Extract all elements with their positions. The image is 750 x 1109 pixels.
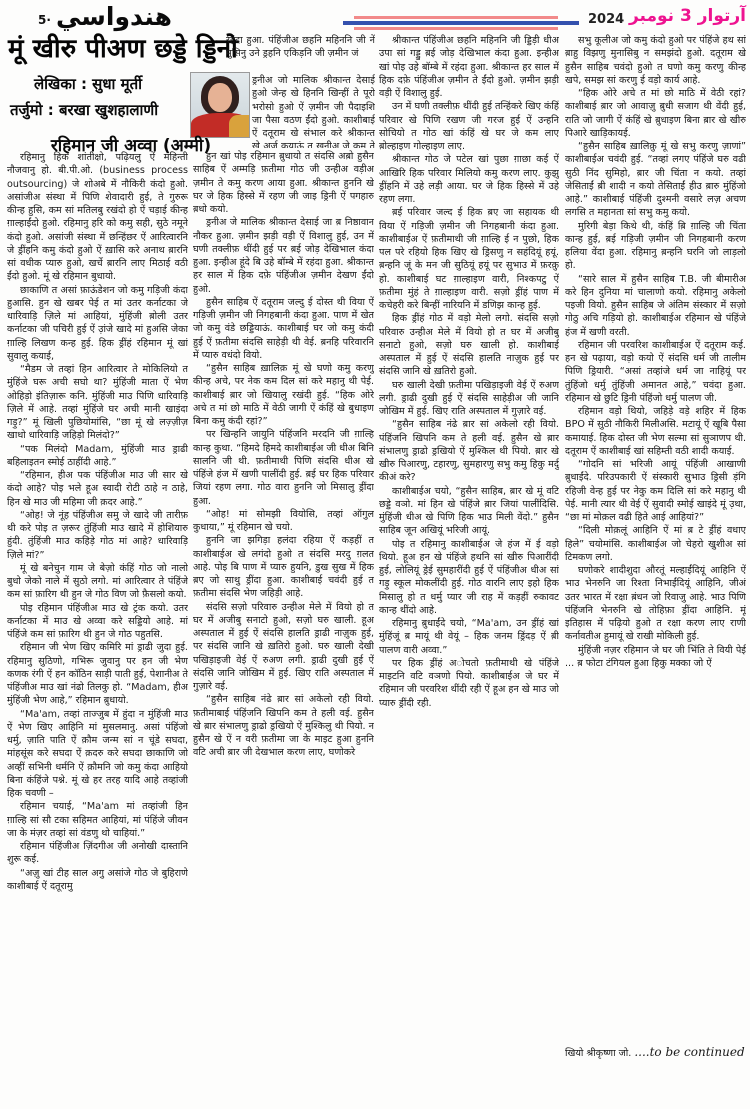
paragraph: श्रीकान्त पंहिंजीअ छहनि महिननि जी ड्डिड़… (379, 34, 559, 100)
paragraph: रहिमान जी भेण खिए कमिरि मां ड्राढी जुदा … (7, 641, 188, 707)
paragraph: मूं खे बनेचुन गाम जे बेज़ो कंहिं गोठ जो … (7, 562, 188, 602)
paragraph: रहिमान पंहिंजीअ ज़िंदगीअ जी अनोखी दास्ता… (7, 840, 188, 867)
column2-top-fragment-b: ड्रनीअ जो मालिक श्रीकान्त देसाई हुओ जेन्… (252, 74, 375, 148)
paragraph: “हिक ओरे अचे त मां छो माठि में वेठी रहां… (565, 87, 746, 140)
paragraph: रहिमानु ब़ुधाईंदे चयो, “Ma'am, उन ड्रींह… (379, 617, 559, 657)
page-number: 5· (38, 13, 51, 27)
paragraph: हुननि जा झगिड़ा हलंदा रहिया ऐं कड़हीं त … (193, 534, 374, 600)
paragraph: “गोदनि सां भरिजी आयूं पंहिंजी आखाणी ब़ुध… (565, 458, 746, 524)
paragraph: पर हिक ड्रींहं अोचतो फ़तीमाथी खे पंहिंजे… (379, 657, 559, 710)
paragraph: हिक ड्रींहं गोठ में वड़ो मेलो लगो. संदसि… (379, 312, 559, 378)
masthead-date-arabic: آرتوار 3 نومبر (629, 6, 746, 26)
column2-top-fragment-a: रहंदा हुआ. पंहिंजीअ छहनि महिननि जी नें म… (226, 34, 375, 74)
paragraph: “पक मिलंदो Madam, मुंहिंजी माउ ड्राढी बह… (7, 443, 188, 470)
paragraph: “हुसैन साहिब नंढे ब़ार सां अकेलो रही विय… (193, 693, 374, 759)
paragraph: ब़ई परिवार जल्द ई हिक ब़ए जा सहायक थी वि… (379, 206, 559, 312)
paper-name-arabic: هندواسي (56, 2, 172, 31)
masthead-rule-blue (343, 21, 579, 25)
paragraph: श्रीकान्त गोठ जे पटेल खां पुछा ग़ाछा कई … (379, 153, 559, 206)
masthead-rule-red-bottom (354, 27, 558, 30)
paragraph: घणोकरे शादीशुदा औरतूं मल्हाईंदियूं आहिनि… (565, 564, 746, 644)
paragraph: “रहिमान, हीअ पक पंहिंजीअ माउ जी सार खे क… (7, 469, 188, 509)
paragraph: पोइ त रहिमानु काशीबाईअ जे हंज में ई वड़ो… (379, 538, 559, 618)
paragraph: छाकाणि त असां फ़ाऊंडेशन जो कमु गड़िजी कं… (7, 284, 188, 364)
paragraph: “हुसैन साहिब नंढे ब़ार सां अकेलो रही विय… (379, 418, 559, 484)
body-column-4: सभु कूलीअ जो कमु कंदो हुओ पर पंहिंजे हथ … (565, 34, 746, 1046)
paragraph: “हुसैन साहिब ख़ालिक़ु मूं खे सभु करणु ज़… (565, 140, 746, 220)
paragraph: रहिमान वड़ो थियो, जहिड़े वड़े शहिर में ह… (565, 405, 746, 458)
paragraph: “अज़ु खां टीह साल अगु असांजे गोठ जे बुहि… (7, 867, 188, 894)
paragraph: “हुसैन साहिब ख़ालिक़ मूं खे घणो कमु करणु… (193, 362, 374, 428)
paragraph: “दिली मोक़लूं आहिनि ऐं मां ब़ टे ड्रींहं… (565, 524, 746, 564)
paragraph: रहिमान जी परवरिश काशीबाईअ ऐं दतूराम कई. … (565, 339, 746, 405)
body-column-2: हुन खां पोइ रहिमान ब़ुधायो त संदसि अब़ो … (193, 150, 374, 1066)
paragraph: “Ma'am, तव्हां ताज्जुब में हुंदा न मुंहि… (7, 708, 188, 801)
article-title-block: मूं खीरु पीअण छड्डे ड्डिनो लेखिका : सुधा… (6, 32, 256, 150)
translator-line: तर्जुमो : बरखा खुशहालाणी (10, 100, 158, 120)
paragraph: मुंहिंजी नज़र रहिमान जे घर जी भिंति ते व… (565, 644, 746, 671)
paragraph: ड्रनीअ जे मालिक श्रीकान्त देसाई जा ब़ नि… (193, 216, 374, 296)
masthead-year: 2024 (588, 12, 624, 27)
author-line: लेखिका : सुधा मूर्ती (34, 74, 142, 94)
paragraph: हुसैन साहिब ऐं दतूराम जल्दु ई दोस्त थी व… (193, 296, 374, 362)
body-column-1: रहिमानु हिक शांतीक्षो, पढ़ियलु ऐं महिन्त… (7, 151, 188, 1066)
paragraph: मुरिगी बेड़ा किथे थी, कंहिं ब़ि ग़ाल्हि … (565, 220, 746, 273)
paragraph: उन में घणी तक्लीफ़ थींदी हुई तन्हिंकरे ख… (379, 100, 559, 153)
paragraph: रहिमान चयाई, “Ma'am मां तव्हांजी हिन ग़ा… (7, 800, 188, 840)
continued-line: खियो श्रीकृष्णा जो. ....to be continued (565, 1046, 746, 1061)
paragraph: “ओह! जे नूंह पंहिंजीअ समु जे खादे जी तार… (7, 509, 188, 562)
paragraph: संदसि सज़ो परिवारु उन्हीअ मेले में वियो … (193, 601, 374, 694)
paragraph: घरु खाली देखी फ़तीमा पखिड़ाइजी वेई ऐं रु… (379, 379, 559, 419)
paragraph: “मैडम जे तव्हां हिन आरित्वार ते मोकिलियो… (7, 363, 188, 443)
continued-prefix: खियो श्रीकृष्णा जो. (565, 1048, 634, 1059)
newspaper-page: 5· هندواسي 2024 آرتوار 3 نومبر मूं खीरु … (0, 0, 750, 1109)
photo-face (208, 83, 232, 112)
to-be-continued-label: ....to be continued (634, 1046, 744, 1059)
paragraph: काशीबाईअ चयो, “हुसैन साहिब, ब़ार खे मूं … (379, 485, 559, 538)
body-column-3: श्रीकान्त पंहिंजीअ छहनि महिननि जी ड्डिड़… (379, 34, 559, 1066)
paragraph: हुन खां पोइ रहिमान ब़ुधायो त संदसि अब़ो … (193, 150, 374, 216)
author-photo (190, 72, 250, 138)
article-headline: मूं खीरु पीअण छड्डे ड्डिनो (8, 34, 254, 64)
paragraph: रहिमानु हिक शांतीक्षो, पढ़ियलु ऐं महिन्त… (7, 151, 188, 284)
masthead: 5· هندواسي 2024 آرتوار 3 نومبر (0, 0, 750, 33)
paragraph: सभु कूलीअ जो कमु कंदो हुओ पर पंहिंजे हथ … (565, 34, 746, 87)
paragraph: “सारे साल में हुसैन साहिब T.B. जी बीमारी… (565, 273, 746, 339)
paragraph: पर खिन्हनि जायुनि पंहिंजनि मरदनि जी ग़ाल… (193, 428, 374, 508)
paragraph: “ओह! मां सोमझी वियोसि, तव्हां ऑगुल कुधाय… (193, 508, 374, 535)
paragraph: पोइ रहिमान पंहिंजीअ माउ खे ट्रंक कयो. उत… (7, 602, 188, 642)
masthead-rule-red-top (354, 16, 558, 19)
